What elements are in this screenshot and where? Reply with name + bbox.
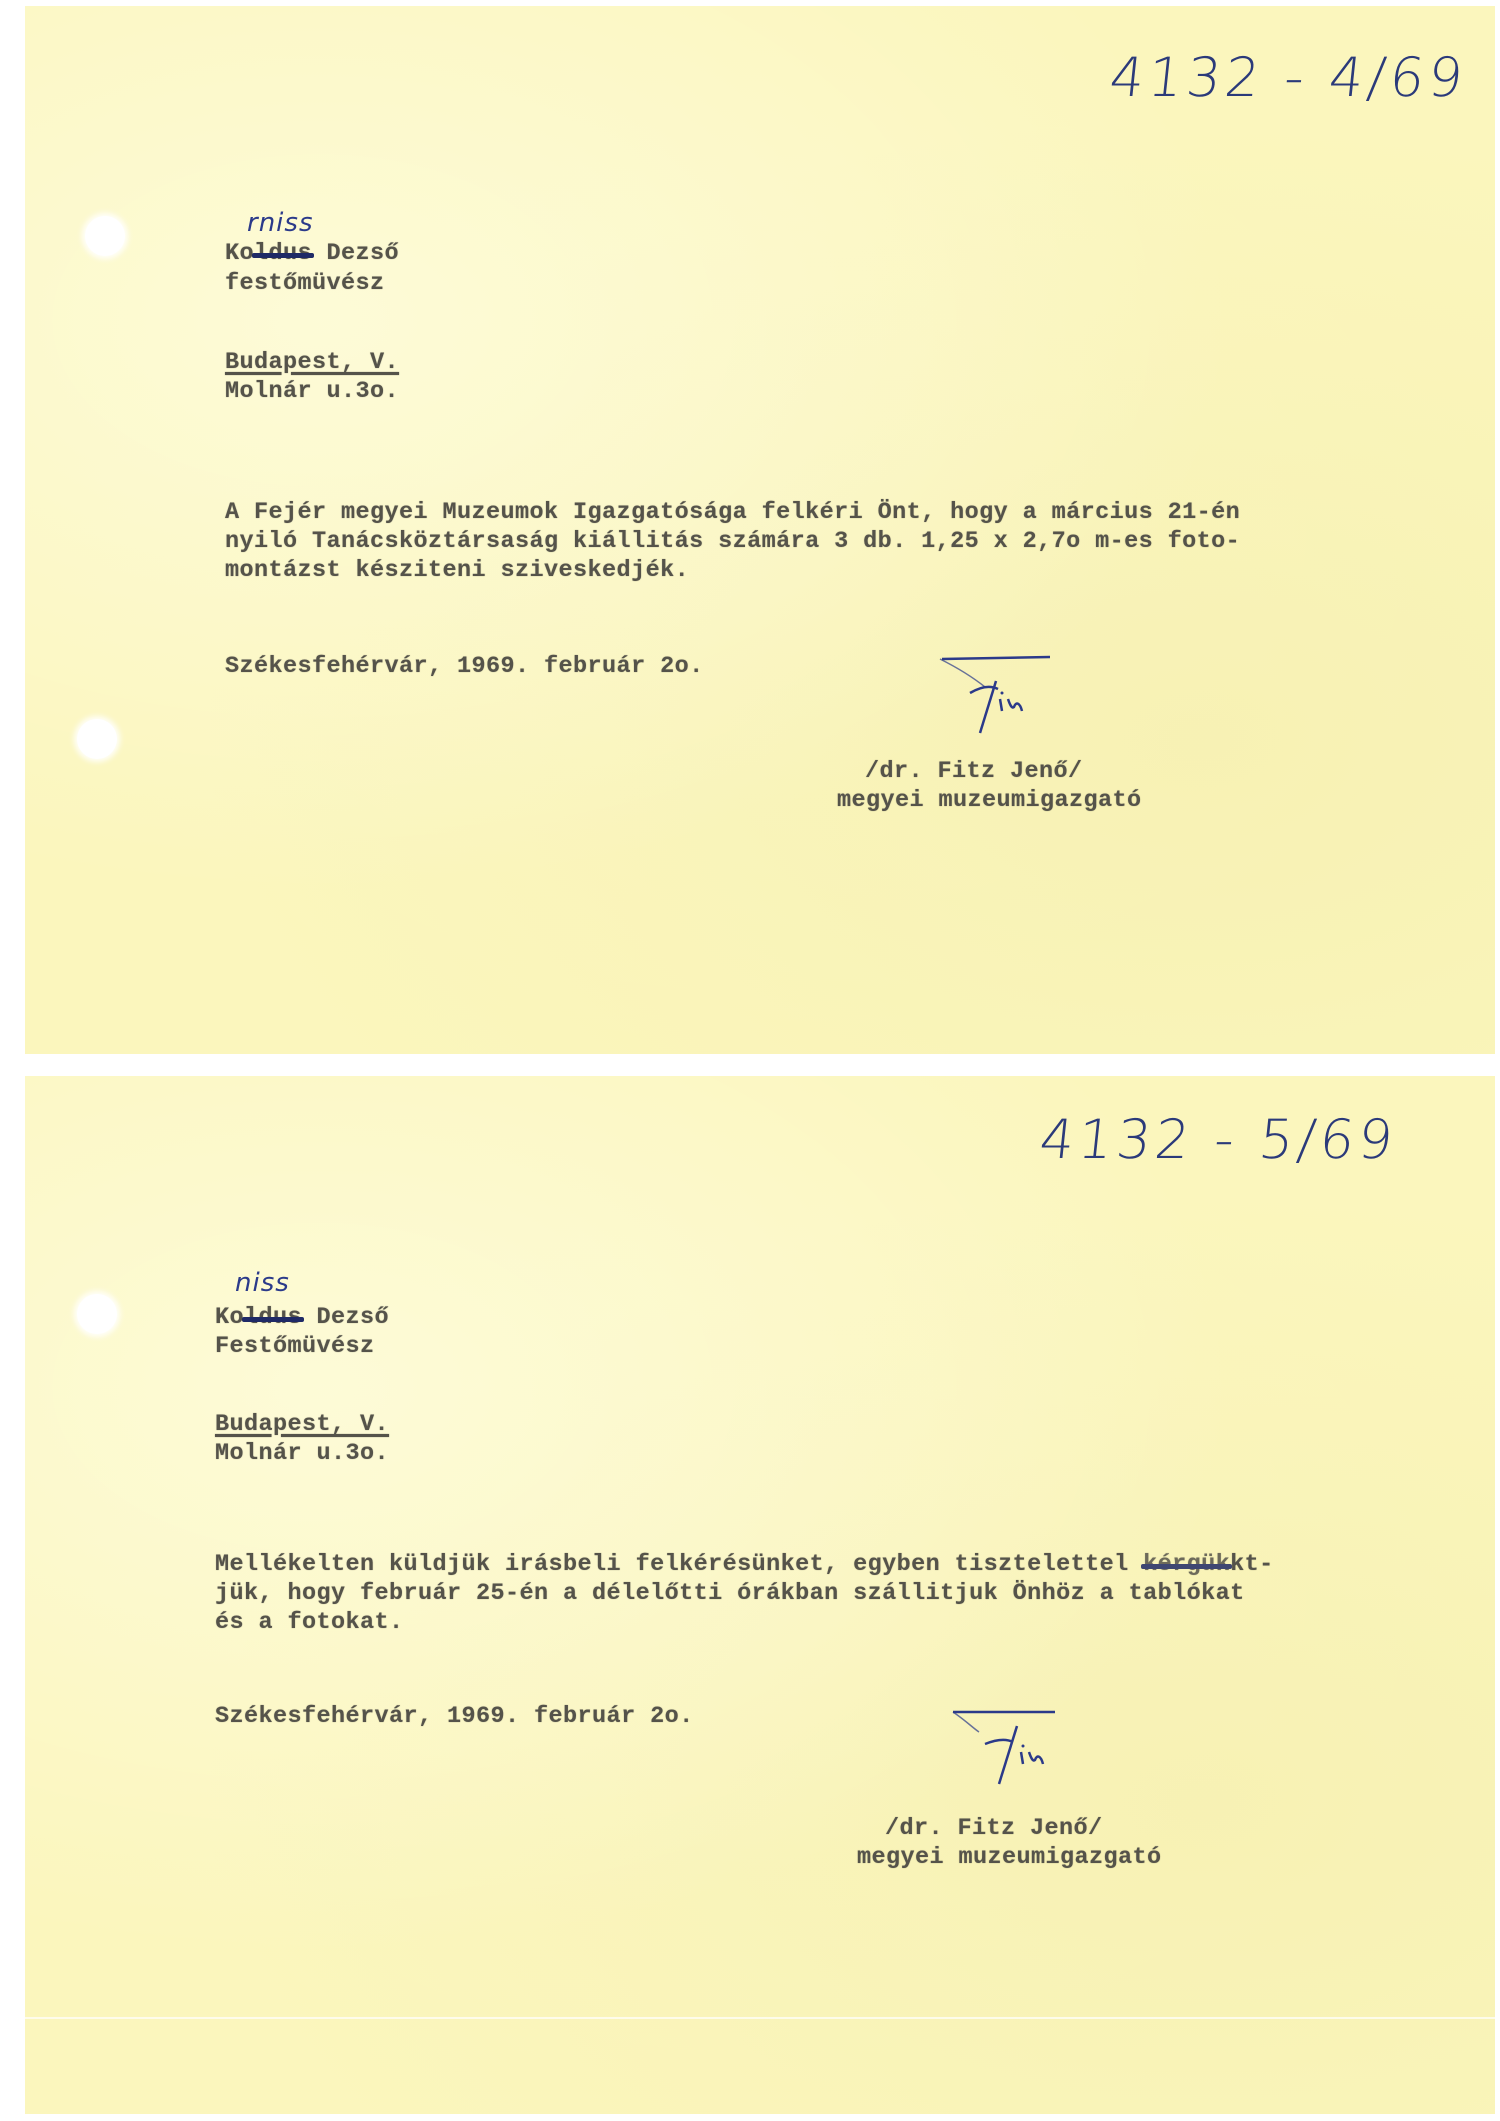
signature bbox=[947, 1706, 1077, 1791]
signatory-name: /dr. Fitz Jenő/ bbox=[865, 758, 1083, 787]
reference-number: 4132 - 4/69 bbox=[1107, 46, 1470, 109]
memo-sheet-2: 4132 - 5/69 niss Koldus Dezső Festőmüvés… bbox=[25, 1076, 1495, 2114]
signatory-title: megyei muzeumigazgató bbox=[837, 787, 1142, 816]
body-line-hyphen: kt- bbox=[1230, 1551, 1274, 1578]
recipient-street: Molnár u.3o. bbox=[225, 378, 399, 407]
struck-surname: ldus bbox=[244, 1304, 302, 1333]
punch-hole bbox=[77, 719, 117, 759]
handwritten-name-correction: rniss bbox=[247, 208, 313, 238]
struck-surname: ldus bbox=[254, 240, 312, 269]
recipient-name-rest: Dezső bbox=[302, 1304, 389, 1331]
body-line: nyiló Tanácsköztársaság kiállitás számár… bbox=[225, 528, 1240, 557]
recipient-name-prefix: Ko bbox=[215, 1304, 244, 1331]
recipient-city: Budapest, V. bbox=[215, 1411, 389, 1440]
body-line: A Fejér megyei Muzeumok Igazgatósága fel… bbox=[225, 499, 1240, 528]
body-line: Mellékelten küldjük irásbeli felkérésünk… bbox=[215, 1551, 1274, 1580]
struck-word: kérgük bbox=[1143, 1551, 1230, 1580]
recipient-name-rest: Dezső bbox=[312, 240, 399, 267]
body-line: és a fotokat. bbox=[215, 1609, 404, 1638]
signature bbox=[930, 651, 1070, 741]
punch-hole bbox=[77, 1294, 117, 1334]
recipient-street: Molnár u.3o. bbox=[215, 1440, 389, 1469]
place-date: Székesfehérvár, 1969. február 2o. bbox=[215, 1703, 694, 1732]
body-line-text: Mellékelten küldjük irásbeli felkérésünk… bbox=[215, 1551, 1143, 1578]
body-line: jük, hogy február 25-én a délelőtti órák… bbox=[215, 1580, 1245, 1609]
punch-hole bbox=[85, 216, 125, 256]
signatory-name: /dr. Fitz Jenő/ bbox=[885, 1815, 1103, 1844]
recipient-city: Budapest, V. bbox=[225, 349, 399, 378]
recipient-title: festőmüvész bbox=[225, 270, 385, 299]
recipient-title: Festőmüvész bbox=[215, 1333, 375, 1362]
recipient-name-prefix: Ko bbox=[225, 240, 254, 267]
recipient-name: Koldus Dezső bbox=[225, 240, 399, 269]
memo-sheet-1: 4132 - 4/69 rniss Koldus Dezső festőmüvé… bbox=[25, 6, 1495, 1054]
reference-number: 4132 - 5/69 bbox=[1037, 1108, 1400, 1171]
place-date: Székesfehérvár, 1969. február 2o. bbox=[225, 653, 704, 682]
signatory-title: megyei muzeumigazgató bbox=[857, 1844, 1162, 1873]
recipient-name: Koldus Dezső bbox=[215, 1304, 389, 1333]
body-line: montázst késziteni sziveskedjék. bbox=[225, 557, 689, 586]
handwritten-name-correction: niss bbox=[235, 1268, 290, 1298]
